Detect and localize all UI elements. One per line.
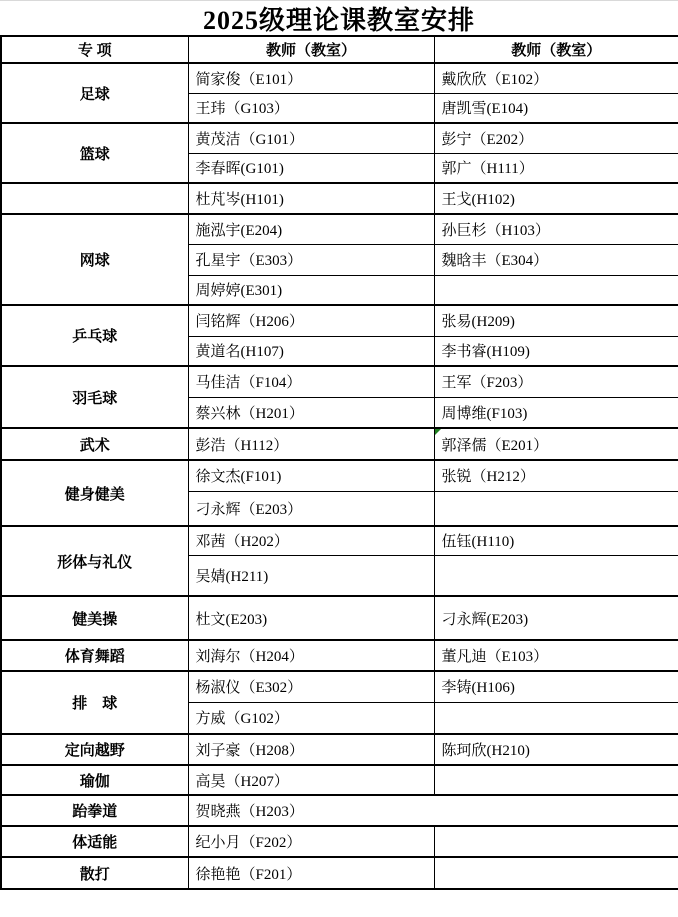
table-row: 定向越野刘子豪（H208）陈珂欣(H210) xyxy=(1,734,678,765)
table-row: 健美操杜文(E203)刁永辉(E203) xyxy=(1,596,678,640)
teacher-classroom-cell: 高昊（H207） xyxy=(188,765,434,795)
header-specialty: 专 项 xyxy=(1,36,188,63)
teacher-classroom-cell: 孙巨杉（H103） xyxy=(434,214,678,244)
specialty-cell: 形体与礼仪 xyxy=(1,526,188,596)
table-row: 网球施泓宇(E204)孙巨杉（H103） xyxy=(1,214,678,244)
teacher-classroom-cell: 郭泽儒（E201） xyxy=(434,428,678,460)
teacher-classroom-cell: 简家俊（E101） xyxy=(188,63,434,93)
table-row: 跆拳道贺晓燕（H203） xyxy=(1,795,678,826)
specialty-cell: 体适能 xyxy=(1,826,188,857)
specialty-cell: 定向越野 xyxy=(1,734,188,765)
teacher-classroom-cell: 王玮（G103） xyxy=(188,93,434,123)
teacher-classroom-cell xyxy=(434,702,678,734)
teacher-classroom-cell: 贺晓燕（H203） xyxy=(188,795,678,826)
specialty-cell: 健身健美 xyxy=(1,460,188,526)
table-row: 武术彭浩（H112）郭泽儒（E201） xyxy=(1,428,678,460)
specialty-cell: 羽毛球 xyxy=(1,366,188,428)
teacher-classroom-cell: 唐凯雪(E104) xyxy=(434,93,678,123)
specialty-cell: 体育舞蹈 xyxy=(1,640,188,671)
teacher-classroom-cell: 董凡迪（E103） xyxy=(434,640,678,671)
teacher-classroom-cell: 闫铭辉（H206） xyxy=(188,305,434,336)
teacher-classroom-cell: 徐文杰(F101) xyxy=(188,460,434,491)
teacher-classroom-cell: 孔星宇（E303） xyxy=(188,244,434,275)
teacher-classroom-cell: 魏晗丰（E304） xyxy=(434,244,678,275)
teacher-classroom-cell: 李铸(H106) xyxy=(434,671,678,702)
teacher-classroom-cell: 刘海尔（H204） xyxy=(188,640,434,671)
teacher-classroom-cell: 彭宁（E202） xyxy=(434,123,678,153)
schedule-table-body: 足球简家俊（E101）戴欣欣（E102）王玮（G103）唐凯雪(E104)篮球黄… xyxy=(1,63,678,889)
specialty-cell: 武术 xyxy=(1,428,188,460)
teacher-classroom-cell: 王军（F203） xyxy=(434,366,678,397)
teacher-classroom-cell: 刁永辉（E203） xyxy=(188,491,434,526)
specialty-cell: 跆拳道 xyxy=(1,795,188,826)
teacher-classroom-cell: 陈珂欣(H210) xyxy=(434,734,678,765)
header-row: 专 项 教师（教室） 教师（教室） xyxy=(1,36,678,63)
teacher-classroom-cell: 蔡兴林（H201） xyxy=(188,397,434,428)
table-row: 乒乓球闫铭辉（H206）张易(H209) xyxy=(1,305,678,336)
teacher-classroom-cell: 李书睿(H109) xyxy=(434,336,678,366)
page-title: 2025级理论课教室安排 xyxy=(0,0,678,35)
teacher-classroom-cell: 杨淑仪（E302） xyxy=(188,671,434,702)
teacher-classroom-cell: 张易(H209) xyxy=(434,305,678,336)
teacher-classroom-cell: 王戈(H102) xyxy=(434,183,678,214)
teacher-classroom-cell: 彭浩（H112） xyxy=(188,428,434,460)
teacher-classroom-cell xyxy=(434,491,678,526)
teacher-classroom-cell: 邓茜（H202） xyxy=(188,526,434,555)
teacher-classroom-cell: 周婷婷(E301) xyxy=(188,275,434,305)
teacher-classroom-cell: 周博维(F103) xyxy=(434,397,678,428)
classroom-schedule-table: 专 项 教师（教室） 教师（教室） 足球简家俊（E101）戴欣欣（E102）王玮… xyxy=(0,35,678,890)
table-row: 体育舞蹈刘海尔（H204）董凡迪（E103） xyxy=(1,640,678,671)
error-flag-icon xyxy=(435,429,441,435)
specialty-cell: 乒乓球 xyxy=(1,305,188,366)
teacher-classroom-cell: 杜文(E203) xyxy=(188,596,434,640)
teacher-classroom-cell: 黄茂洁（G101） xyxy=(188,123,434,153)
table-row: 羽毛球马佳洁（F104）王军（F203） xyxy=(1,366,678,397)
teacher-classroom-cell: 方威（G102） xyxy=(188,702,434,734)
teacher-classroom-cell: 杜芃岑(H101) xyxy=(188,183,434,214)
header-teacher-classroom-2: 教师（教室） xyxy=(434,36,678,63)
teacher-classroom-cell: 伍钰(H110) xyxy=(434,526,678,555)
teacher-classroom-cell xyxy=(434,765,678,795)
table-row: 足球简家俊（E101）戴欣欣（E102） xyxy=(1,63,678,93)
teacher-classroom-cell: 李春晖(G101) xyxy=(188,153,434,183)
table-row: 杜芃岑(H101)王戈(H102) xyxy=(1,183,678,214)
specialty-cell: 瑜伽 xyxy=(1,765,188,795)
teacher-classroom-cell: 刁永辉(E203) xyxy=(434,596,678,640)
teacher-classroom-cell: 刘子豪（H208） xyxy=(188,734,434,765)
specialty-cell: 排 球 xyxy=(1,671,188,734)
teacher-classroom-cell: 马佳洁（F104） xyxy=(188,366,434,397)
teacher-classroom-cell: 黄道名(H107) xyxy=(188,336,434,366)
teacher-classroom-cell: 张锐（H212） xyxy=(434,460,678,491)
table-row: 散打徐艳艳（F201） xyxy=(1,857,678,889)
specialty-cell xyxy=(1,183,188,214)
specialty-cell: 篮球 xyxy=(1,123,188,183)
teacher-classroom-cell xyxy=(434,826,678,857)
table-row: 体适能纪小月（F202） xyxy=(1,826,678,857)
header-teacher-classroom-1: 教师（教室） xyxy=(188,36,434,63)
table-row: 排 球杨淑仪（E302）李铸(H106) xyxy=(1,671,678,702)
table-row: 篮球黄茂洁（G101）彭宁（E202） xyxy=(1,123,678,153)
table-row: 瑜伽高昊（H207） xyxy=(1,765,678,795)
teacher-classroom-cell xyxy=(434,857,678,889)
teacher-classroom-cell: 戴欣欣（E102） xyxy=(434,63,678,93)
teacher-classroom-cell: 郭广（H111） xyxy=(434,153,678,183)
table-row: 健身健美徐文杰(F101)张锐（H212） xyxy=(1,460,678,491)
teacher-classroom-cell xyxy=(434,555,678,596)
specialty-cell: 网球 xyxy=(1,214,188,305)
teacher-classroom-cell xyxy=(434,275,678,305)
teacher-classroom-cell: 施泓宇(E204) xyxy=(188,214,434,244)
specialty-cell: 散打 xyxy=(1,857,188,889)
teacher-classroom-cell: 吴婧(H211) xyxy=(188,555,434,596)
schedule-document: 2025级理论课教室安排 专 项 教师（教室） 教师（教室） 足球简家俊（E10… xyxy=(0,0,678,917)
specialty-cell: 足球 xyxy=(1,63,188,123)
teacher-classroom-cell: 纪小月（F202） xyxy=(188,826,434,857)
teacher-classroom-cell: 徐艳艳（F201） xyxy=(188,857,434,889)
specialty-cell: 健美操 xyxy=(1,596,188,640)
table-row: 形体与礼仪邓茜（H202）伍钰(H110) xyxy=(1,526,678,555)
